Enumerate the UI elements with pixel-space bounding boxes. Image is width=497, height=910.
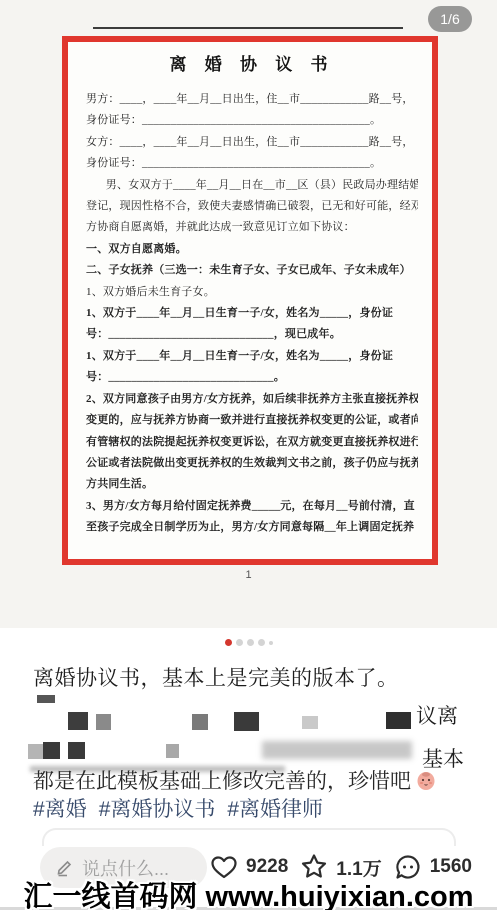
document-page-number: 1 bbox=[0, 569, 497, 581]
blush-baby-face-emoji bbox=[415, 769, 437, 791]
document-line: 号：_____________________________，现已成年。 bbox=[86, 324, 418, 345]
redaction-block bbox=[234, 712, 259, 731]
hashtag[interactable]: #离婚协议书 bbox=[99, 793, 216, 823]
document-line: 号：_____________________________。 bbox=[86, 367, 418, 388]
redaction-block bbox=[68, 712, 88, 730]
document-line: 3、男方/女方每月给付固定抚养费_____元，在每月__号前付清，直 bbox=[86, 496, 418, 517]
hashtag[interactable]: #离婚律师 bbox=[227, 793, 323, 823]
carousel-dot bbox=[247, 639, 254, 646]
document-line: 一、双方自愿离婚。 bbox=[86, 239, 418, 260]
redaction-blur bbox=[262, 741, 412, 759]
redaction-block bbox=[166, 744, 179, 758]
document-line: 至孩子完成全日制学历为止，男方/女方同意每隔__年上调固定抚养 bbox=[86, 517, 418, 538]
hashtag-list: #离婚#离婚协议书#离婚律师 bbox=[33, 793, 323, 823]
watermark-site-name: 汇一线首码网 bbox=[23, 881, 197, 910]
document-line: 有管辖权的法院提起抚养权变更诉讼，在双方就变更直接抚养权进行 bbox=[86, 432, 418, 453]
redaction-block bbox=[37, 695, 55, 703]
document-line: 男、女双方于____年__月__日在__市__区（县）民政局办理结婚 bbox=[86, 175, 418, 196]
document-line: 2、双方同意孩子由男方/女方抚养，如后续非抚养方主张直接抚养权 bbox=[86, 389, 418, 410]
watermark: 汇一线首码网 www.huiyixian.com bbox=[0, 874, 497, 910]
image-counter-badge: 1/6 bbox=[428, 6, 472, 32]
censored-text-area: 议离 基本 bbox=[0, 695, 497, 775]
redaction-block bbox=[96, 714, 111, 730]
redaction-block bbox=[192, 714, 208, 730]
screen: 离 婚 协 议 书 男方：____，____年__月__日出生，住__市____… bbox=[0, 0, 497, 910]
document-line: 1、双方婚后未生育子女。 bbox=[86, 282, 418, 303]
document-line: 公证或者法院做出变更抚养权的生效裁判文书之前，孩子仍应与抚养 bbox=[86, 453, 418, 474]
redaction-block bbox=[68, 742, 85, 759]
carousel-dot bbox=[236, 639, 243, 646]
watermark-site-url: www.huiyixian.com bbox=[206, 881, 474, 910]
document-line: 变更的，应与抚养方协商一致并进行直接抚养权变更的公证，或者向 bbox=[86, 410, 418, 431]
carousel-dot bbox=[225, 639, 232, 646]
document-top-rule bbox=[93, 27, 403, 29]
redaction-block bbox=[43, 742, 60, 759]
carousel-dot bbox=[269, 641, 273, 645]
document-line: 身份证号：___________________________________… bbox=[86, 153, 418, 174]
document-line: 女方：____，____年__月__日出生，住__市____________路_… bbox=[86, 132, 418, 153]
document-line: 二、子女抚养（三选一：未生育子女、子女已成年、子女未成年） bbox=[86, 260, 418, 281]
document-line: 身份证号：___________________________________… bbox=[86, 110, 418, 131]
post-caption: 离婚协议书，基本上是完美的版本了。 bbox=[33, 662, 399, 692]
document-line: 登记，现因性格不合，致使夫妻感情确已破裂，已无和好可能，经双 bbox=[86, 196, 418, 217]
visible-body-line: 都是在此模板基础上修改完善的，珍惜吧 bbox=[33, 765, 437, 795]
comment-sheet-edge bbox=[42, 828, 456, 846]
document-body: 男方：____，____年__月__日出生，住__市____________路_… bbox=[86, 89, 418, 539]
document-line: 方协商自愿离婚，并就此达成一致意见订立如下协议： bbox=[86, 217, 418, 238]
document-line: 男方：____，____年__月__日出生，住__市____________路_… bbox=[86, 89, 418, 110]
document-line: 1、双方于____年__月__日生育一子/女，姓名为_____，身份证 bbox=[86, 346, 418, 367]
redaction-block bbox=[302, 716, 318, 729]
hashtag[interactable]: #离婚 bbox=[33, 793, 87, 823]
document-title: 离 婚 协 议 书 bbox=[86, 50, 418, 75]
document-line: 1、双方于____年__月__日生育一子/女，姓名为_____，身份证 bbox=[86, 303, 418, 324]
carousel-dot bbox=[258, 639, 265, 646]
document-line: 方共同生活。 bbox=[86, 474, 418, 495]
redaction-block bbox=[28, 744, 44, 759]
visible-body-text: 都是在此模板基础上修改完善的，珍惜吧 bbox=[33, 765, 411, 795]
photo-viewer[interactable]: 离 婚 协 议 书 男方：____，____年__月__日出生，住__市____… bbox=[0, 0, 497, 628]
document-red-frame: 离 婚 协 议 书 男方：____，____年__月__日出生，住__市____… bbox=[62, 36, 438, 565]
carousel-dots bbox=[0, 639, 497, 646]
censored-fragment: 议离 bbox=[416, 700, 458, 730]
redaction-block bbox=[386, 712, 411, 729]
